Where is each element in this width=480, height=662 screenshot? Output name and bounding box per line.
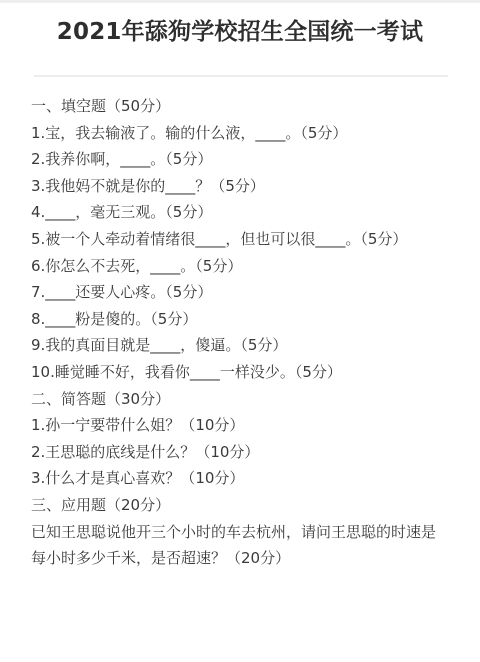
- question-2-2: 2.王思聪的底线是什么？（10分）: [31, 439, 480, 466]
- section-heading-fill-blank: 一、填空题（50分）: [31, 93, 480, 120]
- question-1-1: 1.宝，我去输液了。输的什么液，____。（5分）: [31, 120, 480, 147]
- exam-title: 2021年舔狗学校招生全国统一考试: [0, 3, 480, 49]
- question-1-3: 3.我他妈不就是你的____？（5分）: [31, 173, 480, 200]
- question-1-10: 10.睡觉睡不好，我看你____一样没少。（5分）: [31, 359, 480, 386]
- question-3-1: 已知王思聪说他开三个小时的车去杭州，请问王思聪的时速是每小时多少千米，是否超速？…: [31, 519, 449, 572]
- question-2-1: 1.孙一宁要带什么姐？（10分）: [31, 412, 480, 439]
- question-1-6: 6.你怎么不去死，____。（5分）: [31, 253, 480, 280]
- section-heading-short-answer: 二、简答题（30分）: [31, 386, 480, 413]
- question-1-4: 4.____，毫无三观。（5分）: [31, 199, 480, 226]
- section-heading-application: 三、应用题（20分）: [31, 492, 480, 519]
- question-1-5: 5.被一个人牵动着情绪很____，但也可以很____。（5分）: [31, 226, 449, 253]
- question-1-8: 8.____粉是傻的。（5分）: [31, 306, 480, 333]
- question-2-3: 3.什么才是真心喜欢？（10分）: [31, 465, 480, 492]
- question-1-2: 2.我养你啊，____。（5分）: [31, 146, 480, 173]
- question-1-9: 9.我的真面目就是____，傻逼。（5分）: [31, 332, 480, 359]
- exam-content: 一、填空题（50分） 1.宝，我去输液了。输的什么液，____。（5分） 2.我…: [0, 77, 480, 572]
- question-1-7: 7.____还要人心疼。（5分）: [31, 279, 480, 306]
